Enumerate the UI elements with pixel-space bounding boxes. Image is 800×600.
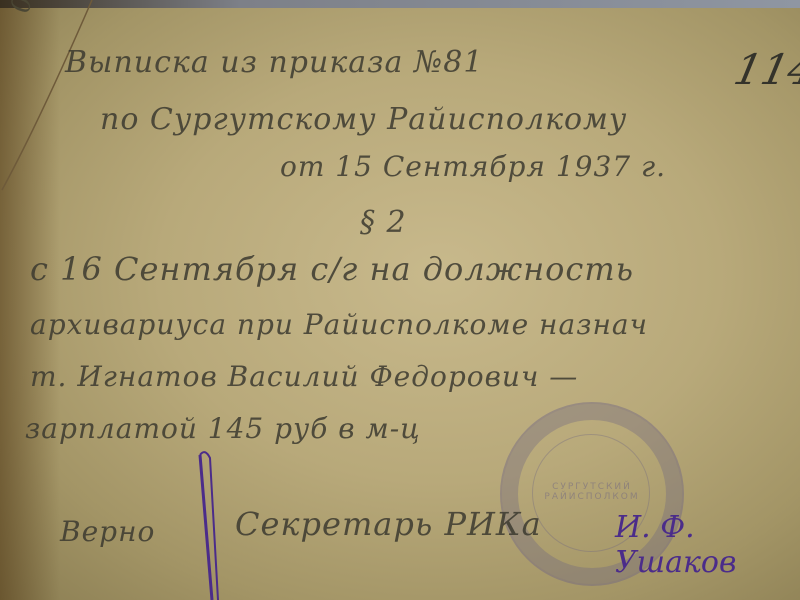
certification-mark: Верно: [60, 515, 155, 548]
stamp-text: СУРГУТСКИЙ РАЙИСПОЛКОМ: [522, 482, 662, 502]
signature: И. Ф. Ушаков: [615, 510, 800, 580]
folio-number: 114: [730, 45, 800, 94]
header-line-1: Выписка из приказа №81: [65, 45, 483, 80]
header-line-3: от 15 Сентября 1937 г.: [280, 150, 666, 183]
signature-title: Секретарь РИКа: [235, 505, 542, 543]
body-line-3: т. Игнатов Василий Федорович —: [30, 360, 578, 393]
body-line-2: архивариуса при Райисполкоме назнач: [30, 308, 648, 341]
body-line-1: с 16 Сентября с/г на должность: [30, 250, 634, 288]
paper-shadow: [0, 8, 60, 600]
section-mark: § 2: [360, 205, 407, 240]
body-line-4: зарплатой 145 руб в м-ц: [25, 412, 421, 445]
header-line-2: по Сургутскому Райисполкому: [100, 102, 627, 137]
